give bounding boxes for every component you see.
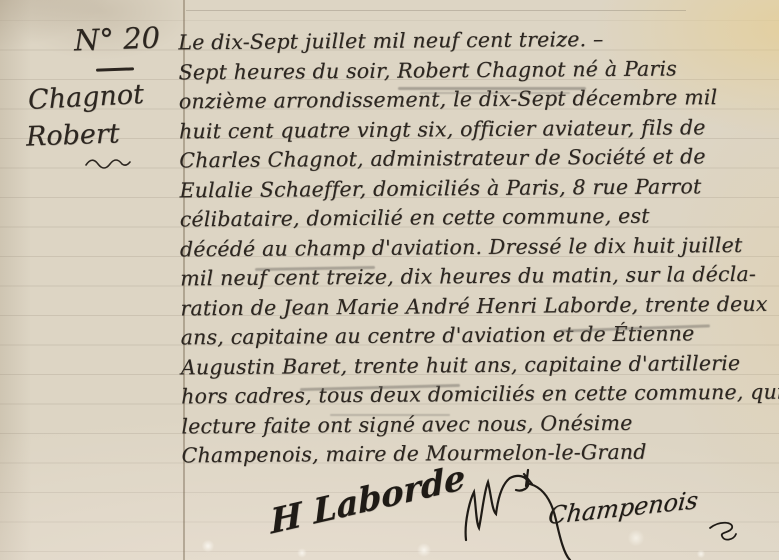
pencil-underline-name	[398, 87, 586, 90]
pencil-underline-commune	[330, 414, 450, 416]
manuscript-line-7: célibataire, domicilié en cette commune,…	[180, 201, 779, 235]
manuscript-line-11: ans, capitaine au centre d'aviation et d…	[181, 319, 779, 353]
manuscript-line-1: Le dix-Sept juillet mil neuf cent treize…	[178, 24, 777, 58]
manuscript-line-2: Sept heures du soir, Robert Chagnot né à…	[179, 53, 778, 87]
signature-laborde: H Laborde	[269, 457, 466, 542]
act-body-text: Le dix-Sept juillet mil neuf cent treize…	[178, 24, 779, 471]
deceased-firstname: Robert	[25, 118, 120, 152]
manuscript-line-4: huit cent quatre vingt six, officier avi…	[179, 112, 778, 146]
manuscript-line-12: Augustin Baret, trente huit ans, capitai…	[181, 348, 779, 382]
act-margin-annotation: N° 20 Chagnot Robert	[0, 0, 183, 560]
manuscript-line-5: Charles Chagnot, administrateur de Socié…	[179, 142, 778, 176]
pencil-underline-name-echo	[420, 92, 570, 94]
manuscript-line-13: hors cadres, tous deux domiciliés en cet…	[181, 378, 779, 412]
manuscript-line-14: lecture faite ont signé avec nous, Onési…	[181, 407, 779, 441]
scanned-death-record-page: N° 20 Chagnot Robert Le dix-Sept juillet…	[0, 0, 779, 560]
act-number-underline	[96, 67, 134, 71]
paraph-flourish-icon	[706, 518, 740, 548]
manuscript-line-8: décédé au champ d'aviation. Dressé le di…	[180, 230, 779, 264]
top-horizontal-rule	[186, 10, 686, 11]
deceased-surname: Chagnot	[27, 79, 144, 116]
flourish-icon	[84, 156, 132, 170]
manuscript-line-10: ration de Jean Marie André Henri Laborde…	[180, 289, 779, 323]
manuscript-line-6: Eulalie Schaeffer, domiciliés à Paris, 8…	[179, 171, 778, 205]
act-number: N° 20	[73, 21, 160, 58]
manuscript-line-9: mil neuf cent treize, dix heures du mati…	[180, 260, 779, 294]
